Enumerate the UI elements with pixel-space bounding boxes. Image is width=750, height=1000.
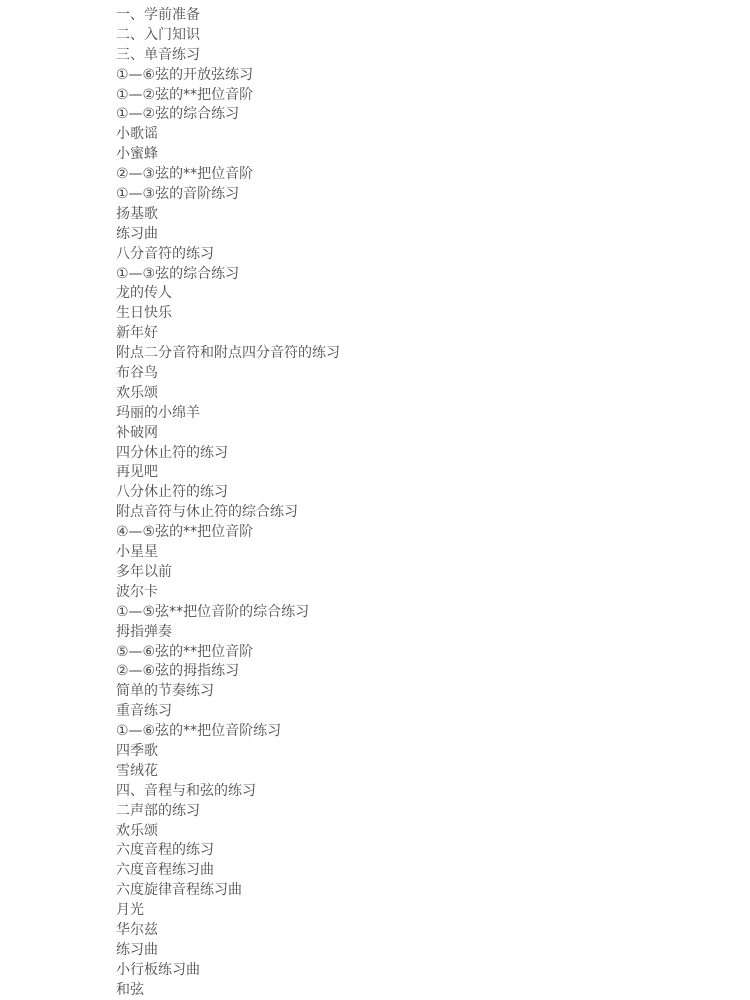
toc-item: 四季歌	[116, 742, 340, 762]
toc-section-heading: 一、学前准备	[116, 6, 340, 26]
toc-item: 六度旋律音程练习曲	[116, 881, 340, 901]
toc-item: 练习曲	[116, 941, 340, 961]
toc-item: 六度音程练习曲	[116, 861, 340, 881]
toc-item: ①—③弦的音阶练习	[116, 185, 340, 205]
toc-item: 玛丽的小绵羊	[116, 404, 340, 424]
toc-section-heading: 三、单音练习	[116, 46, 340, 66]
toc-item: 小行板练习曲	[116, 961, 340, 981]
toc-item: 华尔兹	[116, 921, 340, 941]
toc-item: 再见吧	[116, 463, 340, 483]
toc-item: 补破网	[116, 424, 340, 444]
toc-item: 欢乐颂	[116, 384, 340, 404]
toc-item: 生日快乐	[116, 304, 340, 324]
toc-item: ②—③弦的**把位音阶	[116, 165, 340, 185]
toc-item: 二声部的练习	[116, 802, 340, 822]
toc-item: 四分休止符的练习	[116, 444, 340, 464]
toc-item: 欢乐颂	[116, 822, 340, 842]
toc-item: 雪绒花	[116, 762, 340, 782]
toc-item: 八分音符的练习	[116, 245, 340, 265]
toc-item: 波尔卡	[116, 583, 340, 603]
toc-item: 小歌谣	[116, 125, 340, 145]
toc-item: 附点音符与休止符的综合练习	[116, 503, 340, 523]
toc-item: ①—⑥弦的开放弦练习	[116, 66, 340, 86]
toc-section-heading: 二、入门知识	[116, 26, 340, 46]
toc-item: 重音练习	[116, 702, 340, 722]
toc-item: ④—⑤弦的**把位音阶	[116, 523, 340, 543]
toc-item: 龙的传人	[116, 284, 340, 304]
toc-item: ①—⑥弦的**把位音阶练习	[116, 722, 340, 742]
toc-item: ①—②弦的综合练习	[116, 105, 340, 125]
toc-item: 扬基歌	[116, 205, 340, 225]
toc-item: 八分休止符的练习	[116, 483, 340, 503]
table-of-contents: 一、学前准备 二、入门知识 三、单音练习 ①—⑥弦的开放弦练习 ①—②弦的**把…	[116, 6, 340, 1000]
toc-section-heading: 四、音程与和弦的练习	[116, 782, 340, 802]
toc-item: 和弦	[116, 981, 340, 1000]
toc-item: ②—⑥弦的拇指练习	[116, 662, 340, 682]
toc-item: 拇指弹奏	[116, 623, 340, 643]
toc-item: 多年以前	[116, 563, 340, 583]
toc-item: ①—②弦的**把位音阶	[116, 86, 340, 106]
toc-item: 小蜜蜂	[116, 145, 340, 165]
toc-item: 月光	[116, 901, 340, 921]
toc-item: 附点二分音符和附点四分音符的练习	[116, 344, 340, 364]
toc-item: 布谷鸟	[116, 364, 340, 384]
toc-item: ①—③弦的综合练习	[116, 265, 340, 285]
toc-item: ①—⑤弦**把位音阶的综合练习	[116, 603, 340, 623]
toc-item: 小星星	[116, 543, 340, 563]
toc-item: ⑤—⑥弦的**把位音阶	[116, 643, 340, 663]
toc-item: 新年好	[116, 324, 340, 344]
toc-item: 简单的节奏练习	[116, 682, 340, 702]
toc-item: 六度音程的练习	[116, 841, 340, 861]
toc-item: 练习曲	[116, 225, 340, 245]
